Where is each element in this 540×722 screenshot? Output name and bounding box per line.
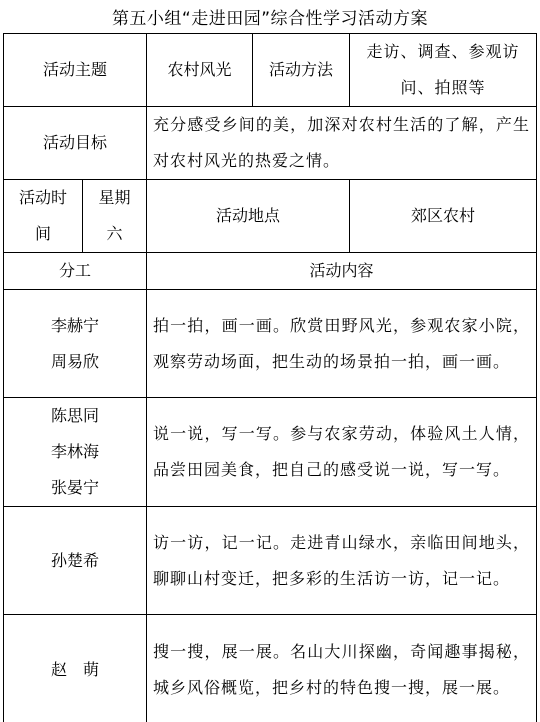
group-row-3: 孙楚希 访一访，记一记。走进青山绿水，亲临田间地头，聊聊山村变迁，把多彩的生活访… <box>4 507 537 615</box>
member-name: 赵 萌 <box>10 652 140 688</box>
member-name: 李赫宁 <box>10 308 140 344</box>
document-title: 第五小组“走进田园”综合性学习活动方案 <box>0 4 540 29</box>
group-members-4: 赵 萌 <box>4 615 147 722</box>
header-division: 分工 <box>4 253 147 290</box>
header-content: 活动内容 <box>147 253 537 290</box>
group-row-1: 李赫宁 周易欣 拍一拍，画一画。欣赏田野风光，参观农家小院，观察劳动场面，把生动… <box>4 290 537 398</box>
group-content-4: 搜一搜，展一展。名山大川探幽，奇闻趣事揭秘，城乡风俗概览，把乡村的特色搜一搜，展… <box>147 615 537 722</box>
group-members-3: 孙楚希 <box>4 507 147 615</box>
group-content-2: 说一说，写一写。参与农家劳动，体验风土人情，品尝田园美食，把自己的感受说一说，写… <box>147 398 537 507</box>
member-name: 李林海 <box>10 434 140 470</box>
group-members-1: 李赫宁 周易欣 <box>4 290 147 398</box>
row-theme: 活动主题 农村风光 活动方法 走访、调查、参观访问、拍照等 <box>4 34 537 107</box>
theme-value: 农村风光 <box>147 34 253 107</box>
method-value: 走访、调查、参观访问、拍照等 <box>350 34 537 107</box>
row-time: 活动时间 星期六 活动地点 郊区农村 <box>4 180 537 253</box>
member-name: 陈思同 <box>10 398 140 434</box>
group-row-4: 赵 萌 搜一搜，展一展。名山大川探幽，奇闻趣事揭秘，城乡风俗概览，把乡村的特色搜… <box>4 615 537 722</box>
group-content-3: 访一访，记一记。走进青山绿水，亲临田间地头，聊聊山村变迁，把多彩的生活访一访，记… <box>147 507 537 615</box>
activity-plan-table: 活动主题 农村风光 活动方法 走访、调查、参观访问、拍照等 活动目标 充分感受乡… <box>3 33 537 722</box>
member-name: 孙楚希 <box>10 543 140 579</box>
member-name: 周易欣 <box>10 344 140 380</box>
goal-value: 充分感受乡间的美，加深对农村生活的了解，产生对农村风光的热爱之情。 <box>147 107 537 180</box>
row-header: 分工 活动内容 <box>4 253 537 290</box>
group-content-1: 拍一拍，画一画。欣赏田野风光，参观农家小院，观察劳动场面，把生动的场景拍一拍，画… <box>147 290 537 398</box>
place-label: 活动地点 <box>147 180 350 253</box>
time-label: 活动时间 <box>4 180 83 253</box>
goal-label: 活动目标 <box>4 107 147 180</box>
method-label: 活动方法 <box>253 34 350 107</box>
member-name: 张晏宁 <box>10 470 140 506</box>
group-members-2: 陈思同 李林海 张晏宁 <box>4 398 147 507</box>
place-value: 郊区农村 <box>350 180 537 253</box>
time-value: 星期六 <box>83 180 147 253</box>
theme-label: 活动主题 <box>4 34 147 107</box>
group-row-2: 陈思同 李林海 张晏宁 说一说，写一写。参与农家劳动，体验风土人情，品尝田园美食… <box>4 398 537 507</box>
row-goal: 活动目标 充分感受乡间的美，加深对农村生活的了解，产生对农村风光的热爱之情。 <box>4 107 537 180</box>
